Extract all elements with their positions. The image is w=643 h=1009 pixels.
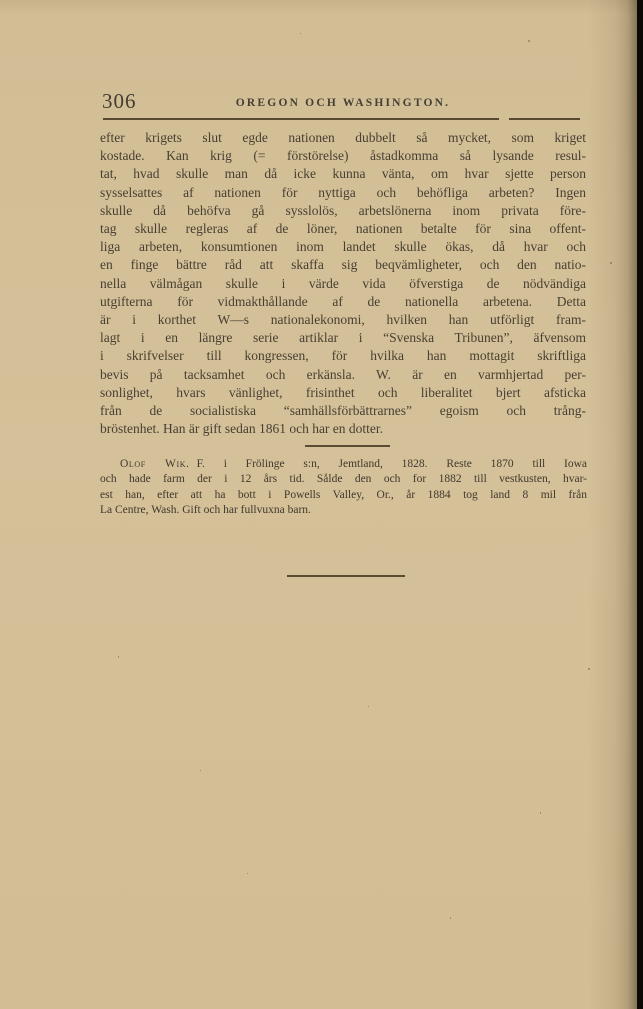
footnote-line: Olof Wik.F. i Frölinge s:n, Jemtland, 18… [100, 457, 587, 472]
body-line: skulle då behöfva gå sysslolös, arbetslö… [100, 202, 586, 220]
body-line: utgifterna för vidmakthållande af de nat… [100, 293, 586, 311]
body-paragraph: efter krigets slut egde nationen dubbelt… [100, 129, 586, 438]
body-line: sysselsattes af nationen för nyttiga och… [100, 184, 586, 202]
paper-speck [200, 770, 201, 771]
page-edge-shadow [588, 0, 637, 1009]
paper-speck [368, 706, 369, 707]
body-line: i skrifvelser till kongressen, för hvilk… [100, 347, 586, 365]
paper-speck [118, 656, 119, 658]
footnote-line: est han, efter att ha bott i Powells Val… [100, 488, 587, 503]
body-line: liga arbeten, konsumtionen inom landet s… [100, 238, 586, 256]
body-line: lagt i en längre serie artiklar i “Svens… [100, 329, 586, 347]
body-line: nella välmågan skulle i värde vida öfver… [100, 275, 586, 293]
header-rule-segment [509, 118, 580, 120]
body-line: bevis på tacksamhet och erkänsla. W. är … [100, 366, 586, 384]
paper-background: 306 OREGON OCH WASHINGTON. efter krigets… [0, 0, 637, 1009]
footnote-name: Olof Wik. [120, 458, 190, 470]
book-page: 306 OREGON OCH WASHINGTON. efter krigets… [0, 0, 643, 1009]
footnote-line: och hade farm der i 12 års tid. Sålde de… [100, 472, 587, 487]
scan-edge [637, 0, 643, 1009]
paper-speck [300, 33, 301, 34]
running-header: OREGON OCH WASHINGTON. [100, 97, 586, 109]
body-line: tag skulle regleras af de löner, natione… [100, 220, 586, 238]
body-line: en finge bättre råd att skaffa sig beqvä… [100, 256, 586, 274]
footnote-paragraph: Olof Wik.F. i Frölinge s:n, Jemtland, 18… [100, 457, 587, 519]
footnote-line: La Centre, Wash. Gift och har fullvuxna … [100, 503, 587, 518]
body-line: efter krigets slut egde nationen dubbelt… [100, 129, 586, 147]
end-divider-rule [287, 575, 405, 577]
footnote-line-text: F. i Frölinge s:n, Jemtland, 1828. Reste… [197, 458, 587, 470]
paper-speck [247, 873, 248, 874]
body-line: tat, hvad skulle man då icke kunna vänta… [100, 165, 586, 183]
paper-speck [540, 812, 541, 814]
body-line: sonlighet, hvars vänlighet, frisinthet o… [100, 384, 586, 402]
paper-speck [588, 668, 590, 670]
body-line: från de socialistiska “samhällsförbättra… [100, 402, 586, 420]
paper-speck [610, 262, 612, 264]
paper-speck [450, 917, 451, 919]
body-line: bröstenhet. Han är gift sedan 1861 och h… [100, 420, 586, 438]
body-line: kostade. Kan krig (= förstörelse) åstadk… [100, 147, 586, 165]
body-line: är i korthet W—s nationalekonomi, hvilke… [100, 311, 586, 329]
header-rule [103, 118, 499, 120]
section-divider-rule [305, 445, 390, 447]
paper-speck [528, 40, 530, 42]
